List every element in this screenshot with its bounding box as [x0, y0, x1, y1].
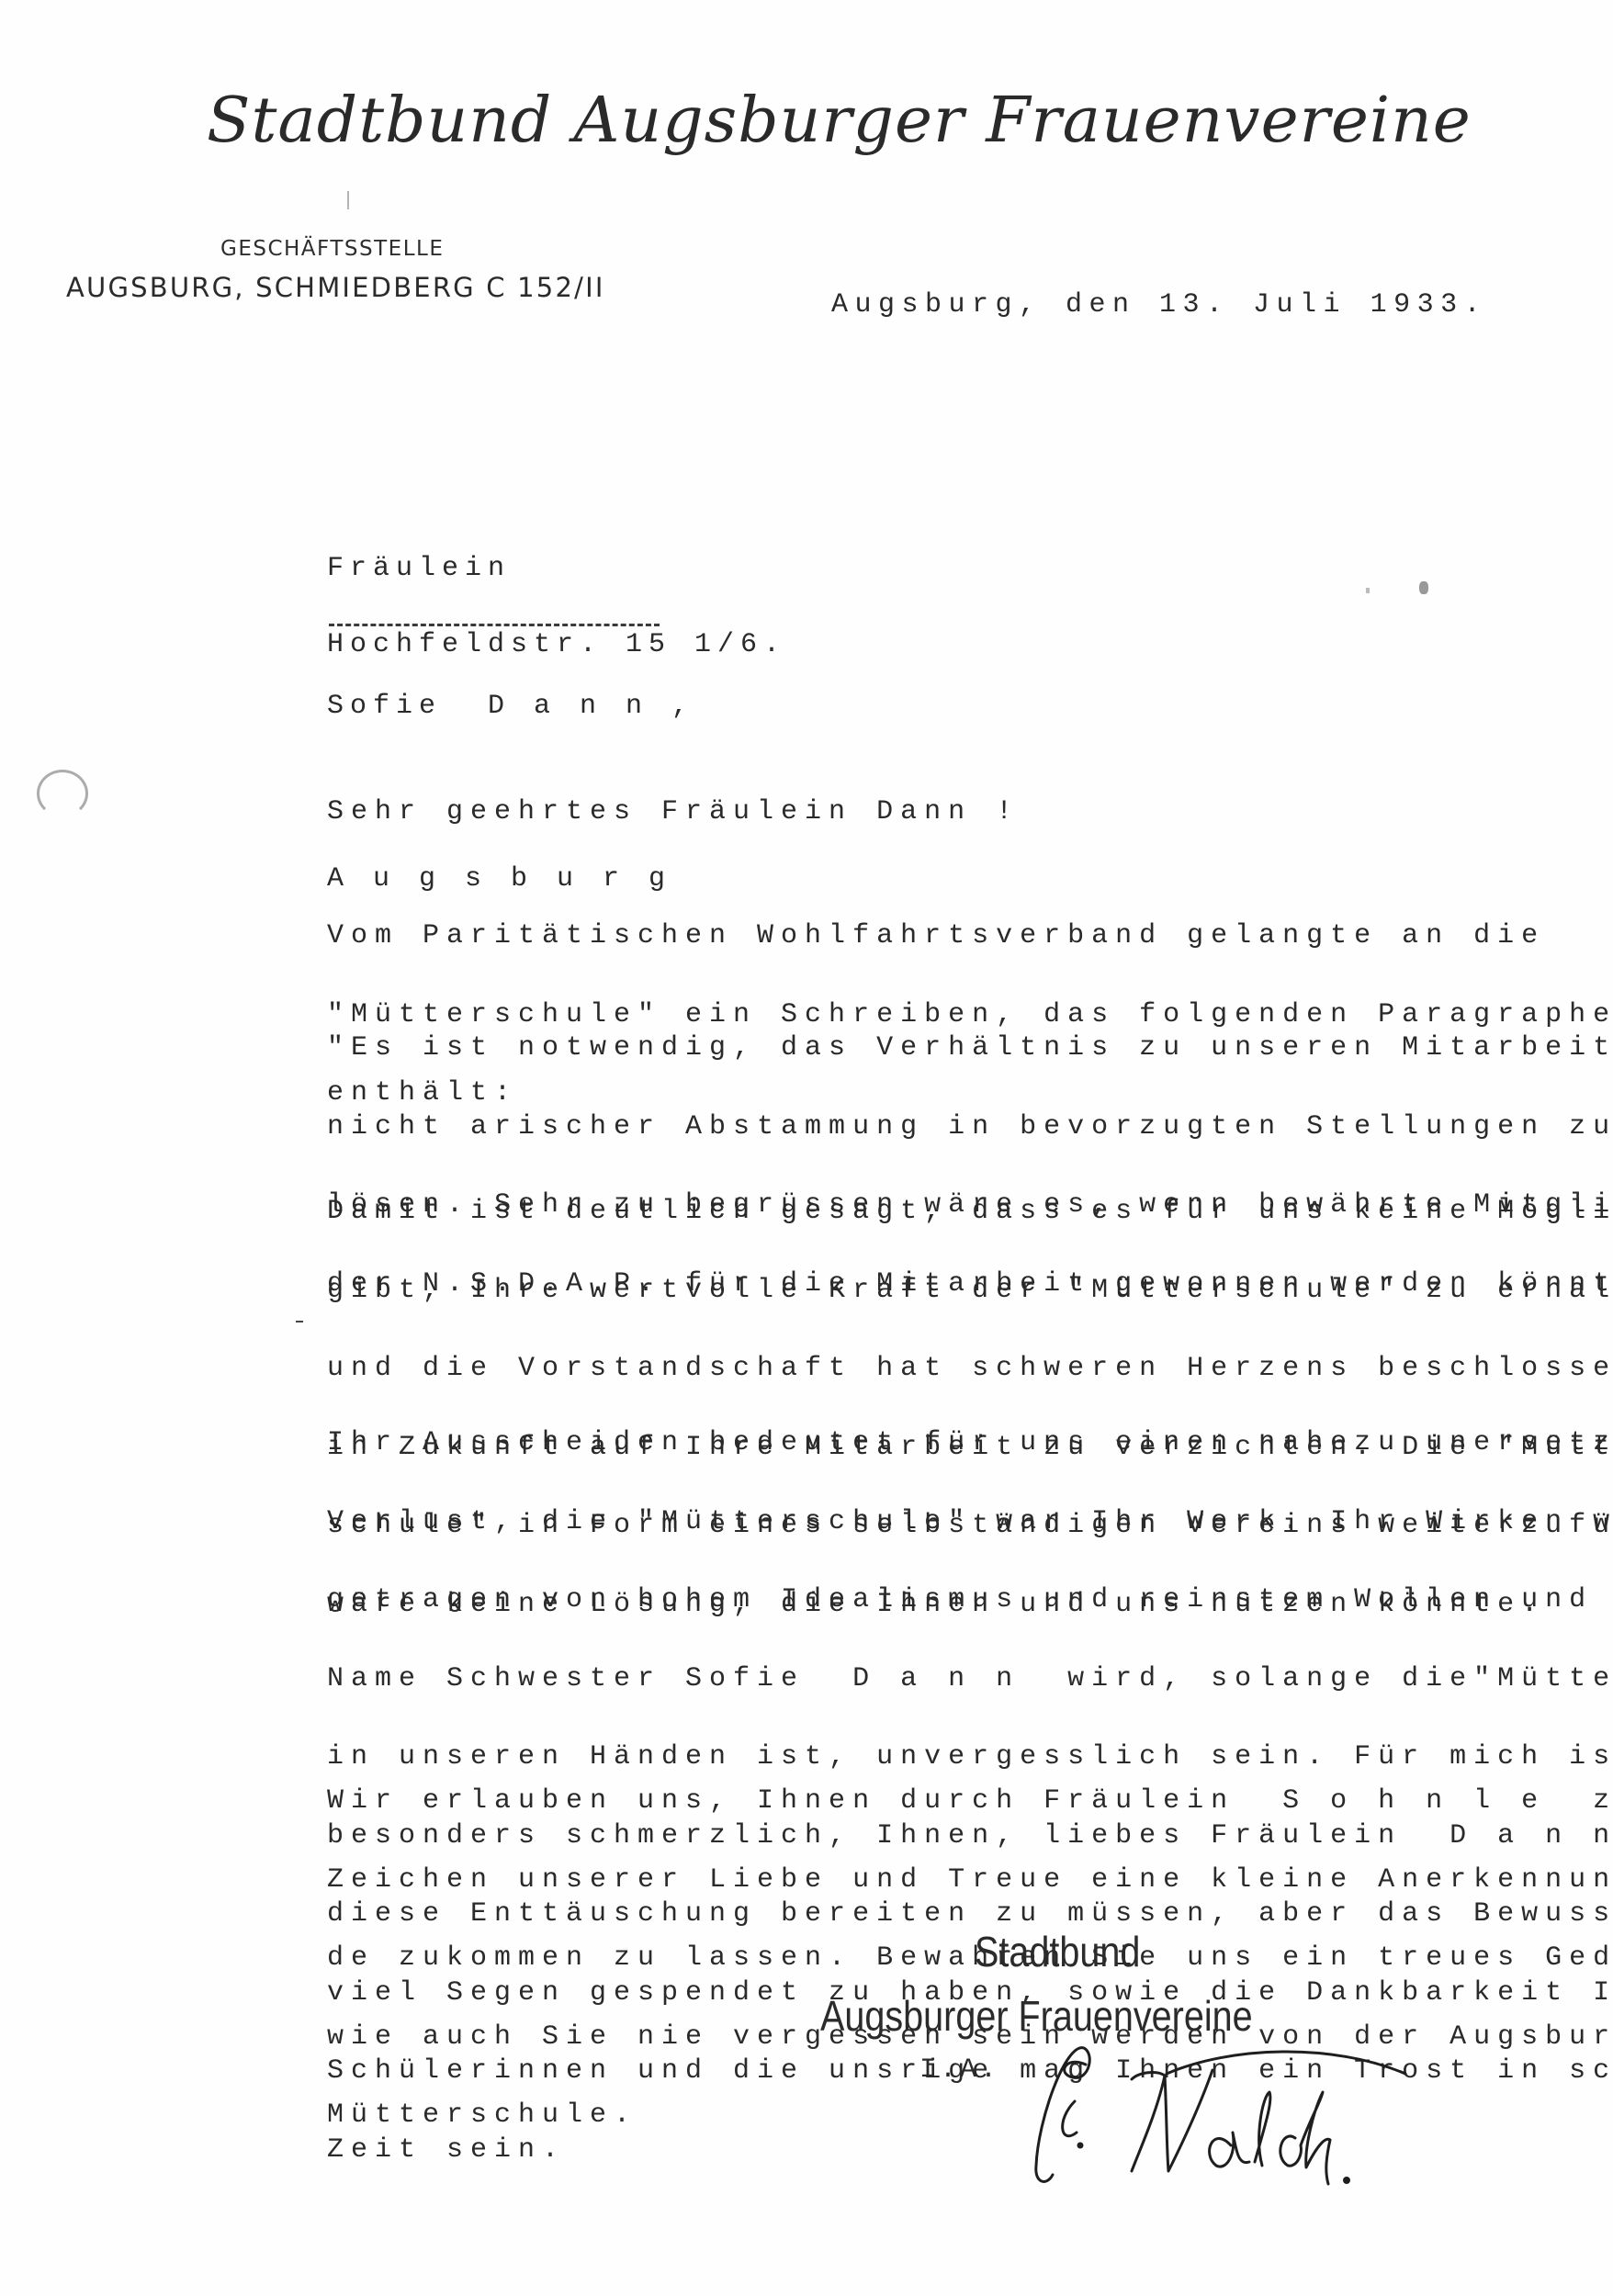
- margin-mark: [296, 1321, 303, 1322]
- salutation: Sehr geehrtes Fräulein Dann !: [327, 799, 1020, 826]
- letterhead-organization: Stadtbund Augsburger Frauenvereine: [207, 84, 1425, 157]
- text-line: "Es ist notwendig, das Verhältnis zu uns…: [327, 1035, 1613, 1062]
- text-line: Mütterschule.: [327, 2102, 1613, 2129]
- text-line: nicht arischer Abstammung in bevorzugten…: [327, 1114, 1613, 1141]
- text-line: Zeichen unserer Liebe und Treue eine kle…: [327, 1867, 1613, 1894]
- letter-page: Stadtbund Augsburger Frauenvereine GESCH…: [0, 0, 1613, 2296]
- ia-label: I.A.: [919, 2057, 1000, 2084]
- ink-speck: [1419, 581, 1428, 594]
- punch-hole-mark: [37, 770, 88, 817]
- text-line: Ihr Ausscheiden bedeutet für uns einen n…: [327, 1430, 1613, 1457]
- text-line: Name Schwester Sofie D a n n wird, solan…: [327, 1666, 1613, 1693]
- letterhead-office-address: AUGSBURG, SCHMIEDBERG C 152/II: [66, 272, 605, 303]
- ink-speck: [1366, 588, 1370, 593]
- fold-mark: [347, 191, 349, 209]
- text-line: Damit ist deutlich gesagt, dass es für u…: [327, 1199, 1613, 1225]
- recipient-title: Fräulein: [327, 546, 694, 591]
- text-line: getragen von hohem Idealismus und reinst…: [327, 1587, 1613, 1614]
- text-line: Wir erlauben uns, Ihnen durch Fräulein S…: [327, 1788, 1613, 1815]
- text-line: de zukommen zu lassen. Bewahren Sie uns …: [327, 1945, 1613, 1972]
- handwritten-signature: [1029, 2037, 1415, 2193]
- recipient-name: Sofie D a n n ,: [327, 683, 694, 731]
- closing-stamp-line2: Augsburger Frauenvereine: [820, 1991, 1253, 2041]
- text-line: gibt, Ihre wertvolle Kraft der "Müttersc…: [327, 1277, 1613, 1304]
- text-line: Verlust, die "Mütterschule" war Ihr Werk…: [327, 1509, 1613, 1536]
- recipient-street: Hochfeldstr. 15 1/6.: [327, 632, 786, 658]
- paragraph-farewell: Wir erlauben uns, Ihnen durch Fräulein S…: [327, 1736, 1613, 2181]
- city-underline: [329, 624, 660, 626]
- closing-stamp-line1: Stadtbund: [975, 1927, 1140, 1976]
- letterhead-office-label: GESCHÄFTSSTELLE: [220, 237, 444, 261]
- text-line: Vom Paritätischen Wohlfahrtsverband gela…: [327, 923, 1613, 950]
- date-line: Augsburg, den 13. Juli 1933.: [831, 292, 1487, 319]
